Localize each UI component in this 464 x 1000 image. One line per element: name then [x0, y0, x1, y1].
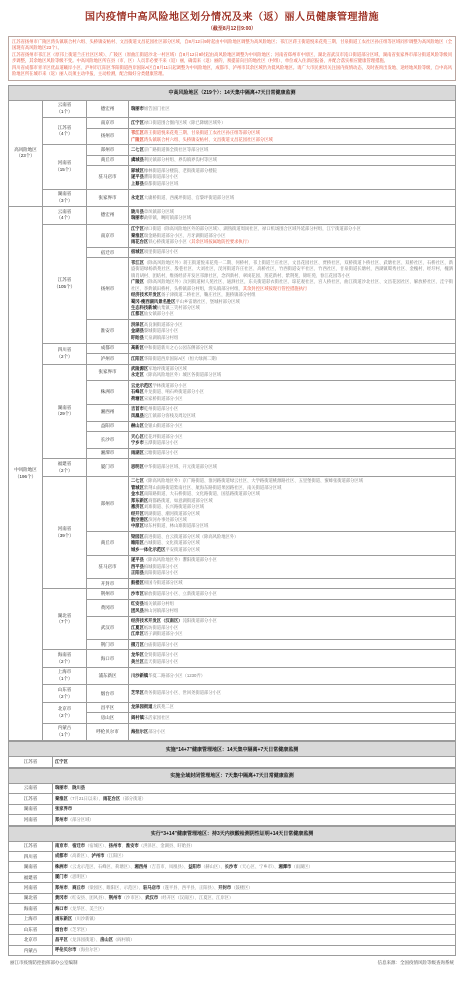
district-entry: 凤凰县沱江镇部分客栈及周边区域	[131, 413, 453, 419]
district-entry: 上蔡县蔡都街道部分区域	[131, 181, 453, 187]
province-cell: 河南省（39个）	[43, 476, 87, 589]
areas-cell: 秦淮区（7月21日以来）、雨花台区（部分街道）	[53, 794, 456, 804]
city-cell: 驻马店市	[87, 166, 129, 189]
measure-row: 湖南省张家界市	[9, 804, 456, 814]
province-cell: 北京市	[9, 935, 53, 945]
measure-row: 河南省郑州市（部分区域）	[9, 815, 456, 825]
areas-cell: 张家界市	[53, 804, 456, 814]
province-cell: 江苏省	[9, 794, 53, 804]
detail-cell: 二七区（除高风险地区外）京广路街道、淮河路街道绿云社区、大学路街道桃源路社区、五…	[129, 476, 456, 532]
risk-row: 内蒙古（1个）呼伦贝尔市海拉尔区部分小区	[9, 723, 456, 741]
district-entry: 雨花台区铁心桥街道部分小区（其余区域按属地防控要求执行）	[131, 239, 453, 245]
province-cell: 云南省（1个）	[43, 100, 87, 118]
areas-cell: 郑州市、商丘市（梁园区、睢阳区、示范区）、驻马店市（遂平县、西平县、正阳县）、开…	[53, 883, 456, 893]
province-cell: 湖北省	[9, 893, 53, 903]
detail-cell: 天心区桂花坪街道部分小区宁乡市玉潭街道部分小区	[129, 432, 456, 449]
detail-cell: 川沙新镇华夏二路部分小区（1230弄）	[129, 667, 456, 685]
measure-section-1: 实施“14+7”健康管理地区：14天集中隔离+7天日常健康监测江苏省江宁区	[8, 741, 456, 767]
risk-row: 山东省（2个）烟台市芝罘区黄务街道部分小区、世回尧街道部分小区	[9, 685, 456, 703]
detail-cell: 虞城县利民镇部分村组、界沟镇界沟村等区域	[129, 155, 456, 165]
detail-cell: 永定区大庸桥街道、西溪坪街道、官黎坪街道部分区域	[129, 189, 456, 207]
district-entry: 掇刀区白庙街道部分小区	[131, 642, 453, 648]
page-title: 国内疫情中高风险地区划分情况及来（返）丽人员健康管理措施	[8, 12, 456, 24]
areas-cell: 瑞丽市、陇川县	[53, 783, 456, 793]
city-cell: 扬州市	[87, 258, 129, 320]
risk-row: 上海市（1个）浦东新区川沙新镇华夏二路部分小区（1230弄）	[9, 667, 456, 685]
province-cell: 上海市（1个）	[43, 667, 87, 685]
district-entry: 虞城县利民镇部分村组、界沟镇界沟村等区域	[131, 157, 453, 163]
notice-paragraph: 江苏省扬州市邗江区（原邗上街道兰庄社区区域）、广陵区（原曲江街道沙北一村区域）自…	[12, 52, 452, 65]
city-cell: 张家界市	[87, 189, 129, 207]
areas-cell: 黄冈市（红安县、团风县）、荆州市（沙市区）、武汉市（经开区（汉南区）、江夏区、江…	[53, 893, 456, 903]
areas-cell: 株洲市（云龙示范区、石峰区、荷塘区）、湘西州（吉首市、凤凰县）、益阳市（赫山区）…	[53, 862, 456, 872]
district-entry: 江宁区禄口街道围合圈内区域（除已降级区域外）	[131, 120, 453, 126]
district-entry: 团风县淋山河镇部分村组	[131, 608, 453, 614]
areas-cell: 昌平区（龙泽园街道）、房山区（阎村镇）	[53, 935, 456, 945]
province-cell: 湖南省（29个）	[43, 364, 87, 459]
city-cell: 房山区	[87, 713, 129, 723]
detail-cell: 经济技术开发区（汉南区）沌阳街道部分小区江夏区纸坊街道部分小区江岸区塔子湖街道部…	[129, 616, 456, 639]
measure-row: 北京市昌平区（龙泽园街道）、房山区（阎村镇）	[9, 935, 456, 945]
city-cell: 长沙市	[87, 432, 129, 449]
city-cell: 成都市	[87, 343, 129, 353]
detail-cell: 龙泽园街道龙跃苑二区	[129, 702, 456, 712]
measure-row: 江苏省南京市、宿迁市（宿城区）、扬州市、淮安市（洪泽区、金湖县、盱眙县）	[9, 841, 456, 851]
province-cell: 云南省（4个）	[43, 207, 87, 225]
detail-cell: 雨湖区云塘街道部分小区	[129, 448, 456, 458]
risk-row: 湖北省（7个）荆州市沙市区解放街道部分小区、立新街道部分小区	[9, 589, 456, 599]
district-entry: 永定区大庸桥街道、西溪坪街道、官黎坪街道部分区域	[131, 195, 453, 201]
measure-section-3: 实行“3+14”健康管理地区：持3天内核酸检测阴性证明+14天日常健康监测江苏省…	[8, 826, 456, 957]
measure-row: 福建省厦门市（思明区）	[9, 872, 456, 882]
risk-row: 福建省（2个）厦门市思明区中华街道部分区域、开元街道部分区域	[9, 459, 456, 477]
detail-cell: 洪泽区高良涧街道部分小区金湖县黎城街道部分小区盱眙县天泉湖镇部分村组	[129, 320, 456, 343]
province-cell: 河南省（15个）	[43, 145, 87, 189]
risk-row: 河南省（15个）郑州市二七区京广路街道保全街社区等部分区域	[9, 145, 456, 155]
city-cell: 张家界市	[87, 364, 129, 381]
detail-cell: 江宁区禄口街道围合圈内区域（除已降级区域外）	[129, 118, 456, 128]
city-cell: 开封市	[87, 578, 129, 588]
district-entry: 思明区中华街道部分区域、开元街道部分区域	[131, 464, 453, 470]
measure-row: 山东省烟台市（芝罘区）	[9, 925, 456, 935]
areas-cell: 海口市（龙华区、美兰区）	[53, 904, 456, 914]
province-cell: 湖南省	[9, 804, 53, 814]
risk-table-mount: 中高风险地区（219个）：14天集中隔离+7天日常健康监测高风险地区（23个）云…	[8, 85, 456, 742]
detail-cell: 武陵源区军地坪街道部分区域永定区（除高风险地区外）城区各街道部分区域	[129, 364, 456, 381]
province-cell: 江苏省（4个）	[43, 118, 87, 145]
measure-row: 海南省海口市（龙华区、美兰区）	[9, 904, 456, 914]
detail-cell: 红安县城关镇部分村组团风县淋山河镇部分村组	[129, 599, 456, 616]
district-entry: 宿城区项里街道部分小区	[131, 249, 453, 255]
city-cell: 荆州市	[87, 589, 129, 599]
province-cell: 河南省	[9, 815, 53, 825]
risk-table-header: 中高风险地区（219个）：14天集中隔离+7天日常健康监测	[9, 85, 456, 100]
province-cell: 上海市	[9, 914, 53, 924]
district-entry: 中原区绿东村街道、林山寨街道部分区域	[131, 523, 453, 529]
detail-cell: 邗江区蒋王街道悦来花苑三期、甘泉街道工农社区孙庄组等部分区域广陵区湾头镇联合村六…	[129, 128, 456, 145]
risk-row: 中风险地区（196个）云南省（4个）德宏州陇川县章凤镇部分区域瑞丽市勐卯镇、畹町…	[9, 207, 456, 225]
city-cell: 海口市	[87, 650, 129, 668]
areas-cell: 南京市、宿迁市（宿城区）、扬州市、淮安市（洪泽区、金湖县、盱眙县）	[53, 841, 456, 851]
district-entry: 荷塘区宋家桥街道部分小区	[131, 396, 453, 402]
city-cell: 厦门市	[87, 459, 129, 477]
district-entry: 阎村镇乐活家园社区	[131, 715, 453, 721]
footer-source: 信息来源：全国疫情风险等级查询系统	[378, 960, 455, 966]
measure-row: 河南省郑州市、商丘市（梁园区、睢阳区、示范区）、驻马店市（遂平县、西平县、正阳县…	[9, 883, 456, 893]
district-entry: 宁乡市玉潭街道部分小区	[131, 440, 453, 446]
province-cell: 内蒙古（1个）	[43, 723, 87, 741]
areas-cell: 烟台市（芝罘区）	[53, 925, 456, 935]
city-cell: 株洲市	[87, 381, 129, 404]
detail-cell: 邗江区（除高风险地区外）蒋王街道悦来花苑一二期、何桥村，邗上街道兰庄社区、文昌花…	[129, 258, 456, 320]
city-cell: 烟台市	[87, 685, 129, 703]
district-entry: 广陵区湾头镇联合村六组、头桥镇安帖村、文昌街道文昌花园社区部分区域	[131, 137, 453, 143]
district-entry: 芝罘区黄务街道部分小区、世回尧街道部分小区	[131, 690, 453, 696]
areas-cell: 呼伦贝尔市（海拉尔区）	[53, 945, 456, 955]
district-entry: 江岸区塔子湖街道部分小区	[131, 631, 453, 637]
district-entry: 城乡一体化示范区平安街道部分区域	[131, 547, 453, 553]
district-entry: 永定区（除高风险地区外）城区各街道部分区域	[131, 372, 453, 378]
province-cell: 江苏省（105个）	[43, 224, 87, 343]
district-entry: 雨湖区云塘街道部分小区	[131, 450, 453, 456]
province-cell: 云南省	[9, 783, 53, 793]
detail-cell: 瑞丽市姐告国门社区	[129, 100, 456, 118]
city-cell: 武汉市	[87, 616, 129, 639]
risk-row: 江苏省（4个）南京市江宁区禄口街道围合圈内区域（除已降级区域外）	[9, 118, 456, 128]
risk-row: 海南省（2个）海口市龙华区金贸街道部分小区美兰区蓝天街道部分小区	[9, 650, 456, 668]
province-cell: 海南省	[9, 904, 53, 914]
areas-cell: 成都市（高新区）、泸州市（江阳区）	[53, 851, 456, 861]
city-cell: 湘潭市	[87, 448, 129, 458]
city-cell: 驻马店市	[87, 555, 129, 578]
district-entry: 瑞丽市勐卯镇、畹町镇部分区域	[131, 215, 453, 221]
province-cell: 湖北省（7个）	[43, 589, 87, 650]
province-cell: 河南省	[9, 883, 53, 893]
section-header: 实施“14+7”健康管理地区：14天集中隔离+7天日常健康监测	[9, 742, 456, 757]
risk-level-cell: 中风险地区（196个）	[9, 207, 43, 741]
province-cell: 四川省（2个）	[43, 343, 87, 364]
district-entry: 龙泽园街道龙跃苑二区	[131, 704, 453, 710]
detail-cell: 掇刀区白庙街道部分小区	[129, 640, 456, 650]
detail-cell: 海拉尔区部分小区	[129, 723, 456, 741]
detail-cell: 赫山区金银山街道部分小区	[129, 421, 456, 431]
risk-row: 湖南省（29个）张家界市武陵源区军地坪街道部分区域永定区（除高风险地区外）城区各…	[9, 364, 456, 381]
page-footer: 丽江市疫情防控指挥部办公室编制 信息来源：全国疫情风险等级查询系统	[8, 960, 456, 966]
district-entry: 瑞丽市姐告国门社区	[131, 106, 453, 112]
detail-cell: 梁园区前进街道、白云街道部分区域（除高风险地区外）睢阳区古城街道、文化街道部分区…	[129, 532, 456, 555]
detail-cell: 高新区中和街道新川之心公园东侧部分区域	[129, 343, 456, 353]
areas-cell: 浦东新区（川沙新镇）	[53, 914, 456, 924]
district-entry: 江都区仙女镇部分小区	[131, 311, 453, 317]
risk-row: 江苏省（105个）南京市江宁区禄口街道（除高风险地区外的部分区域）、湖熟街道周岗…	[9, 224, 456, 247]
district-entry: 邗江区（除高风险地区外）蒋王街道悦来花苑一二期、何桥村，邗上街道兰庄社区、文昌花…	[131, 260, 453, 279]
district-entry: 沙市区解放街道部分小区、立新街道部分小区	[131, 591, 453, 597]
detail-cell: 云龙示范区学林街道部分小区石峰区井龙街道、响石岭街道部分小区荷塘区宋家桥街道部分…	[129, 381, 456, 404]
district-entry: 江阳区华阳街道西岸国际A区（恒大绿洲二期）	[131, 356, 453, 362]
page-subtitle: （截至8月12日9:00）	[8, 25, 456, 32]
risk-level-cell: 高风险地区（23个）	[9, 100, 43, 207]
city-cell: 商丘市	[87, 532, 129, 555]
province-cell: 江苏省	[9, 757, 53, 767]
detail-cell: 思明区中华街道部分区域、开元街道部分区域	[129, 459, 456, 477]
measure-row: 湖南省株洲市（云龙示范区、石峰区、荷塘区）、湘西州（吉首市、凤凰县）、益阳市（赫…	[9, 862, 456, 872]
city-cell: 呼伦贝尔市	[87, 723, 129, 741]
province-cell: 湖南省（3个）	[43, 189, 87, 207]
city-cell: 南京市	[87, 118, 129, 128]
risk-row: 河南省（39个）郑州市二七区（除高风险地区外）京广路街道、淮河路街道绿云社区、大…	[9, 476, 456, 532]
province-cell: 北京市（2个）	[43, 702, 87, 723]
city-cell: 泸州市	[87, 354, 129, 364]
district-entry: 川沙新镇华夏二路部分小区（1230弄）	[131, 673, 453, 679]
notice-paragraph: 江苏省扬州市广陵区湾头镇联合村六组、头桥镇安帖村、文昌街道文昌花园社区部分区域，…	[12, 39, 452, 52]
province-cell: 内蒙古	[9, 945, 53, 955]
district-entry: 二七区京广路街道保全街社区等部分区域	[131, 147, 453, 153]
measure-row: 上海市浦东新区（川沙新镇）	[9, 914, 456, 924]
detail-cell: 陇川县章凤镇部分区域瑞丽市勐卯镇、畹町镇部分区域	[129, 207, 456, 225]
detail-cell: 鼓楼区相国寺街道部分区域	[129, 578, 456, 588]
detail-cell: 龙华区金贸街道部分小区美兰区蓝天街道部分小区	[129, 650, 456, 668]
city-cell: 淮安市	[87, 320, 129, 343]
detail-cell: 江阳区华阳街道西岸国际A区（恒大绿洲二期）	[129, 354, 456, 364]
risk-table: 中高风险地区（219个）：14天集中隔离+7天日常健康监测高风险地区（23个）云…	[8, 85, 456, 742]
province-cell: 四川省	[9, 851, 53, 861]
city-cell: 益阳市	[87, 421, 129, 431]
sections-mount: 实施“14+7”健康管理地区：14天集中隔离+7天日常健康监测江苏省江宁区实施全…	[8, 741, 456, 956]
district-entry: 赫山区金银山街道部分小区	[131, 423, 453, 429]
city-cell: 德宏州	[87, 100, 129, 118]
city-cell: 黄冈市	[87, 599, 129, 616]
measure-row: 江苏省秦淮区（7月21日以来）、雨花台区（部分街道）	[9, 794, 456, 804]
city-cell: 南京市	[87, 224, 129, 247]
detail-cell: 沙市区解放街道部分小区、立新街道部分小区	[129, 589, 456, 599]
detail-cell: 芝罘区黄务街道部分小区、世回尧街道部分小区	[129, 685, 456, 703]
risk-row: 四川省（2个）成都市高新区中和街道新川之心公园东侧部分区域	[9, 343, 456, 353]
footer-compiler: 丽江市疫情防控指挥部办公室编制	[10, 960, 78, 966]
city-cell: 湘西州	[87, 404, 129, 421]
district-entry: 鼓楼区相国寺街道部分区域	[131, 580, 453, 586]
detail-cell: 江宁区禄口街道（除高风险地区外的部分区域）、湖熟街道周岗社区、禄口机场围合区域外…	[129, 224, 456, 247]
district-entry: 美兰区蓝天街道部分小区	[131, 659, 453, 665]
province-cell: 江苏省	[9, 841, 53, 851]
detail-cell: 遂平县（除高风险地区外）灈阳街道部分小区西平县柏城街道部分小区正阳县真阳街道部分…	[129, 555, 456, 578]
district-entry: 盱眙县天泉湖镇部分村组	[131, 335, 453, 341]
measure-row: 湖北省黄冈市（红安县、团风县）、荆州市（沙市区）、武汉市（经开区（汉南区）、江夏…	[9, 893, 456, 903]
province-cell: 海南省（2个）	[43, 650, 87, 668]
detail-cell: 驿城区橡林街道部分楼院、老街街道部分楼院遂平县灈阳街道部分小区上蔡县蔡都街道部分…	[129, 166, 456, 189]
city-cell: 昌平区	[87, 702, 129, 712]
measure-row: 云南省瑞丽市、陇川县	[9, 783, 456, 793]
province-cell: 福建省	[9, 872, 53, 882]
document-page: 国内疫情中高风险地区划分情况及来（返）丽人员健康管理措施 （截至8月12日9:0…	[0, 0, 464, 1000]
province-cell: 湖南省	[9, 862, 53, 872]
section-header: 实行“3+14”健康管理地区：持3天内核酸检测阴性证明+14天日常健康监测	[9, 826, 456, 841]
detail-cell: 二七区京广路街道保全街社区等部分区域	[129, 145, 456, 155]
district-entry: 广陵区（除高风险地区外）汶河街道树人苑社区、通泗社区，东关街道彩衣街社区、琼花观…	[131, 279, 453, 292]
risk-row: 北京市（2个）昌平区龙泽园街道龙跃苑二区	[9, 702, 456, 712]
measure-row: 内蒙古呼伦贝尔市（海拉尔区）	[9, 945, 456, 955]
city-cell: 德宏州	[87, 207, 129, 225]
district-entry: 海拉尔区部分小区	[131, 729, 453, 735]
areas-cell: 郑州市（部分区域）	[53, 815, 456, 825]
city-cell: 荆门市	[87, 640, 129, 650]
detail-cell: 吉首市乾州街道部分小区凤凰县沱江镇部分客栈及周边区域	[129, 404, 456, 421]
detail-cell: 宿城区项里街道部分小区	[129, 247, 456, 257]
city-cell: 商丘市	[87, 155, 129, 165]
measure-section-2: 实施全域封闭管理地区：7天集中隔离+7天日常健康监测云南省瑞丽市、陇川县江苏省秦…	[8, 768, 456, 826]
province-cell: 山东省	[9, 925, 53, 935]
city-cell: 郑州市	[87, 145, 129, 155]
province-cell: 山东省（2个）	[43, 685, 87, 703]
district-entry: 高新区中和街道新川之心公园东侧部分区域	[131, 345, 453, 351]
risk-row: 湖南省（3个）张家界市永定区大庸桥街道、西溪坪街道、官黎坪街道部分区域	[9, 189, 456, 207]
city-cell: 郑州市	[87, 476, 129, 532]
city-cell: 扬州市	[87, 128, 129, 145]
section-header: 实施全域封闭管理地区：7天集中隔离+7天日常健康监测	[9, 768, 456, 783]
city-cell: 浦东新区	[87, 667, 129, 685]
notice-box: 江苏省扬州市广陵区湾头镇联合村六组、头桥镇安帖村、文昌街道文昌花园社区部分区域，…	[8, 36, 456, 81]
notice-paragraph: 四川省成都市青羊区优品道曦岸小区、泸州市江阳区华阳街道西岸国际A区自8月11日起…	[12, 65, 452, 78]
areas-cell: 江宁区	[53, 757, 456, 767]
district-entry: 正阳县真阳街道部分小区	[131, 570, 453, 576]
measure-row: 江苏省江宁区	[9, 757, 456, 767]
measure-row: 四川省成都市（高新区）、泸州市（江阳区）	[9, 851, 456, 861]
province-cell: 福建省（2个）	[43, 459, 87, 477]
risk-row: 高风险地区（23个）云南省（1个）德宏州瑞丽市姐告国门社区	[9, 100, 456, 118]
detail-cell: 阎村镇乐活家园社区	[129, 713, 456, 723]
areas-cell: 厦门市（思明区）	[53, 872, 456, 882]
city-cell: 宿迁市	[87, 247, 129, 257]
